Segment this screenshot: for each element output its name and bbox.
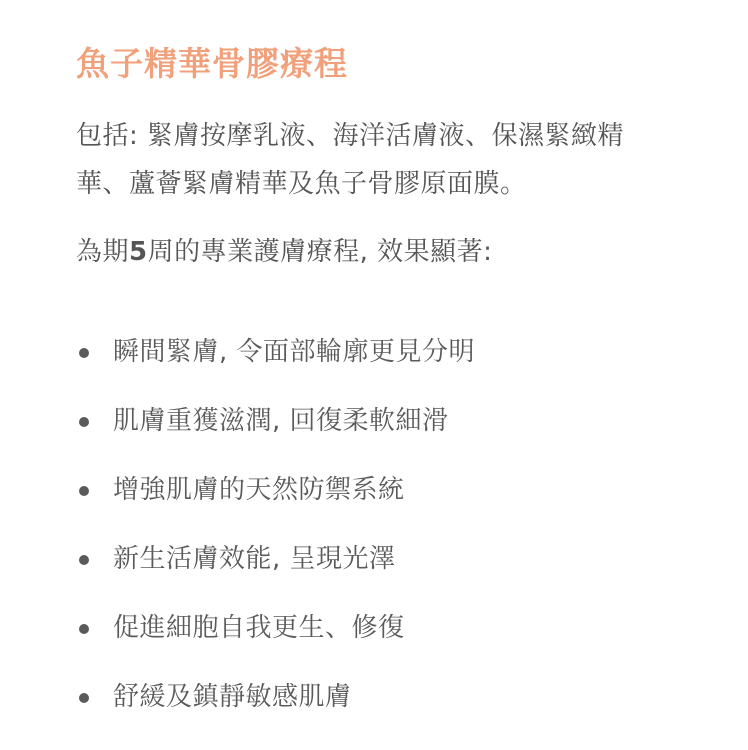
list-item: 舒緩及鎮靜敏感肌膚 [76,675,475,744]
bullet-icon [79,624,89,634]
treatment-title: 魚子精華骨膠療程 [76,42,348,86]
includes-paragraph: 包括: 緊膚按摩乳液、海洋活膚液、保濕緊緻精 華、蘆薈緊膚精華及魚子骨膠原面膜。 [76,112,686,208]
bullet-icon [79,348,89,358]
list-item: 增強肌膚的天然防禦系統 [76,468,475,537]
bullet-icon [79,417,89,427]
benefit-text: 增強肌膚的天然防禦系統 [113,468,405,512]
benefits-list: 瞬間緊膚, 令面部輪廓更見分明 肌膚重獲滋潤, 回復柔軟細滑 增強肌膚的天然防禦… [76,330,475,744]
list-item: 新生活膚效能, 呈現光澤 [76,537,475,606]
benefit-text: 促進細胞自我更生、修復 [113,606,405,650]
list-item: 瞬間緊膚, 令面部輪廓更見分明 [76,330,475,399]
benefit-text: 瞬間緊膚, 令面部輪廓更見分明 [113,330,475,374]
includes-line-2: 華、蘆薈緊膚精華及魚子骨膠原面膜。 [76,160,686,208]
list-item: 促進細胞自我更生、修復 [76,606,475,675]
benefit-text: 舒緩及鎮靜敏感肌膚 [113,675,352,719]
bullet-icon [79,555,89,565]
bullet-icon [79,486,89,496]
duration-prefix: 為期 [76,237,129,267]
includes-line-1: 包括: 緊膚按摩乳液、海洋活膚液、保濕緊緻精 [76,112,686,160]
bullet-icon [79,693,89,703]
duration-weeks: 5 [129,237,148,267]
duration-suffix: 周的專業護膚療程, 效果顯著: [148,237,493,267]
benefit-text: 肌膚重獲滋潤, 回復柔軟細滑 [113,399,449,443]
benefit-text: 新生活膚效能, 呈現光澤 [113,537,396,581]
duration-statement: 為期5周的專業護膚療程, 效果顯著: [76,230,492,274]
list-item: 肌膚重獲滋潤, 回復柔軟細滑 [76,399,475,468]
